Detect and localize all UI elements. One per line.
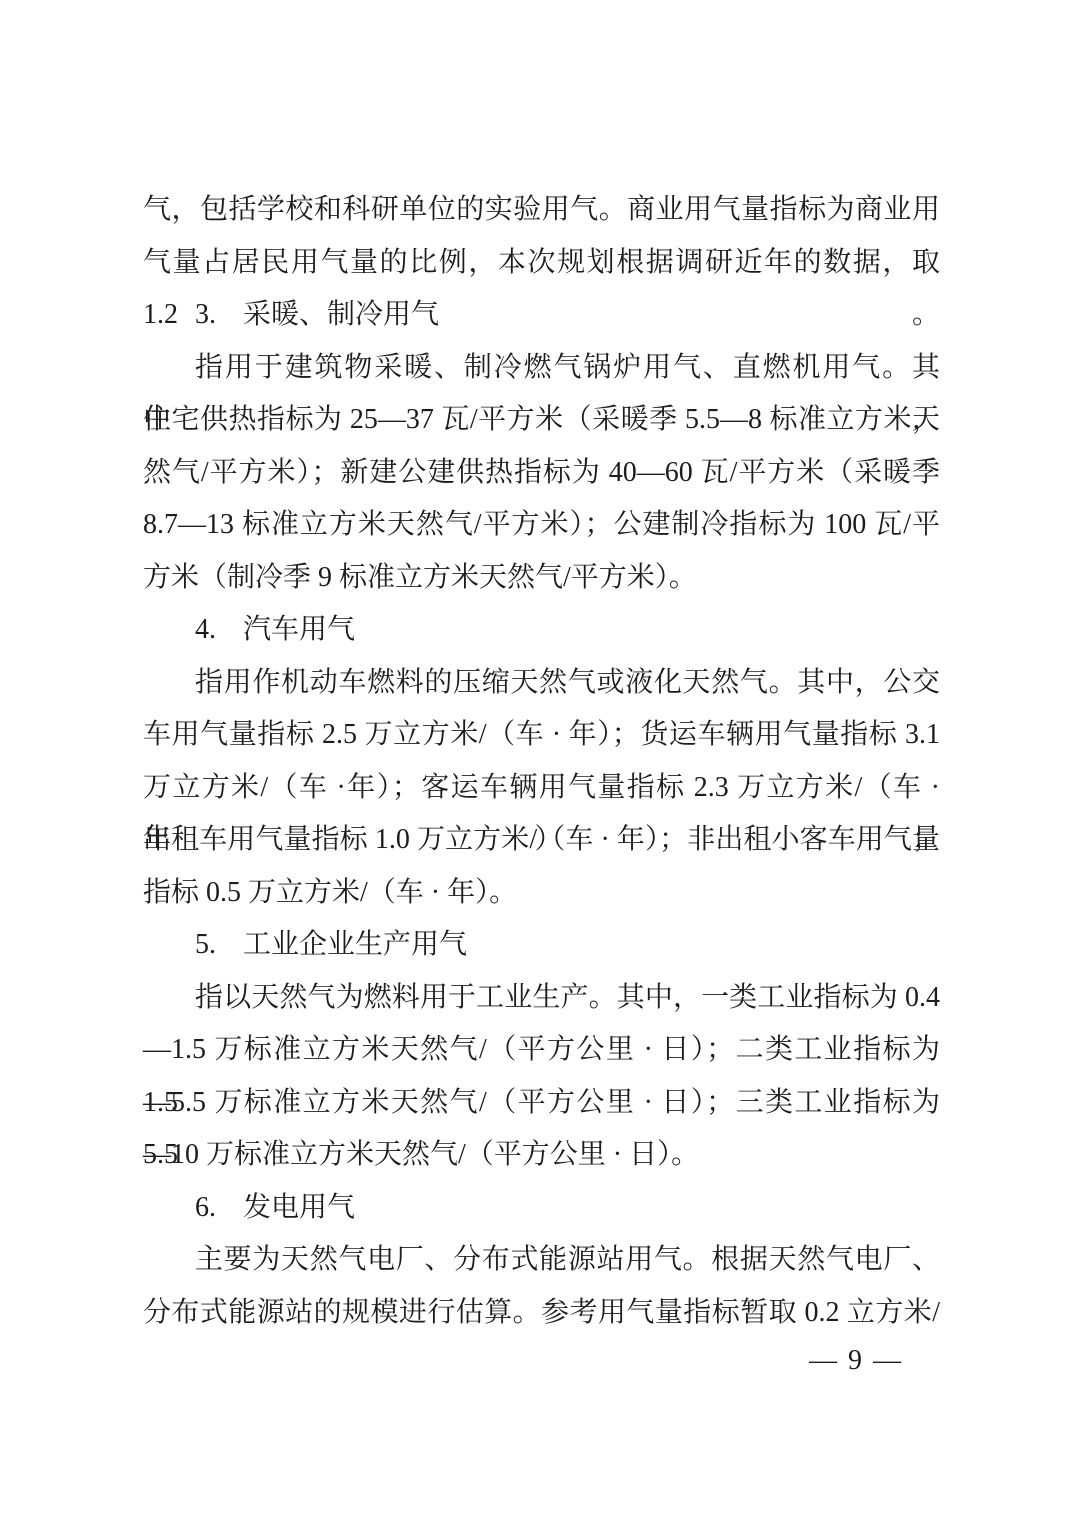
heading-number: 6. <box>195 1192 216 1223</box>
text-line: —10 万标准立方米天然气/（平方公里 · 日）。 <box>143 1129 940 1182</box>
page-number: — 9 — <box>809 1344 903 1378</box>
text-line: 指用于建筑物采暖、制冷燃气锅炉用气、直燃机用气。其中， <box>143 342 940 395</box>
text-line: 然气/平方米）；新建公建供热指标为 40—60 瓦/平方米（采暖季 <box>143 447 940 500</box>
text-line: 车用气量指标 2.5 万立方米/（车 · 年）；货运车辆用气量指标 3.1 <box>143 709 940 762</box>
body-text: 气，包括学校和科研单位的实验用气。商业用气量指标为商业用气量占居民用气量的比例，… <box>143 184 940 1339</box>
text-line: 指标 0.5 万立方米/（车 · 年）。 <box>143 867 940 920</box>
heading-title: 采暖、制冷用气 <box>243 299 439 330</box>
section-heading: 5.工业企业生产用气 <box>143 919 940 972</box>
section-heading: 4.汽车用气 <box>143 604 940 657</box>
heading-number: 4. <box>195 614 216 645</box>
heading-title: 汽车用气 <box>243 614 355 645</box>
heading-title: 工业企业生产用气 <box>243 929 467 960</box>
text-line: 住宅供热指标为 25—37 瓦/平方米（采暖季 5.5—8 标准立方米天 <box>143 394 940 447</box>
text-line: 8.7—13 标准立方米天然气/平方米）；公建制冷指标为 100 瓦/平 <box>143 499 940 552</box>
text-line: —5.5 万标准立方米天然气/（平方公里 · 日）；三类工业指标为 5.5 <box>143 1077 940 1130</box>
heading-number: 3. <box>195 299 216 330</box>
text-line: —1.5 万标准立方米天然气/（平方公里 · 日）；二类工业指标为 1.5 <box>143 1024 940 1077</box>
text-line: 指用作机动车燃料的压缩天然气或液化天然气。其中，公交 <box>143 657 940 710</box>
text-line: 主要为天然气电厂、分布式能源站用气。根据天然气电厂、 <box>143 1234 940 1287</box>
heading-title: 发电用气 <box>243 1192 355 1223</box>
text-line: 指以天然气为燃料用于工业生产。其中，一类工业指标为 0.4 <box>143 972 940 1025</box>
text-line: 出租车用气量指标 1.0 万立方米/（车 · 年）；非出租小客车用气量 <box>143 814 940 867</box>
section-heading: 6.发电用气 <box>143 1182 940 1235</box>
document-page: 气，包括学校和科研单位的实验用气。商业用气量指标为商业用气量占居民用气量的比例，… <box>0 0 1074 1520</box>
text-line: 方米（制冷季 9 标准立方米天然气/平方米）。 <box>143 552 940 605</box>
text-line: 万立方米/（车 ·年）；客运车辆用气量指标 2.3 万立方米/（车 ·年）； <box>143 762 940 815</box>
text-line: 分布式能源站的规模进行估算。参考用气量指标暂取 0.2 立方米/ <box>143 1287 940 1340</box>
text-line: 气，包括学校和科研单位的实验用气。商业用气量指标为商业用 <box>143 184 940 237</box>
heading-number: 5. <box>195 929 216 960</box>
text-line: 气量占居民用气量的比例，本次规划根据调研近年的数据，取 1.2。 <box>143 237 940 290</box>
